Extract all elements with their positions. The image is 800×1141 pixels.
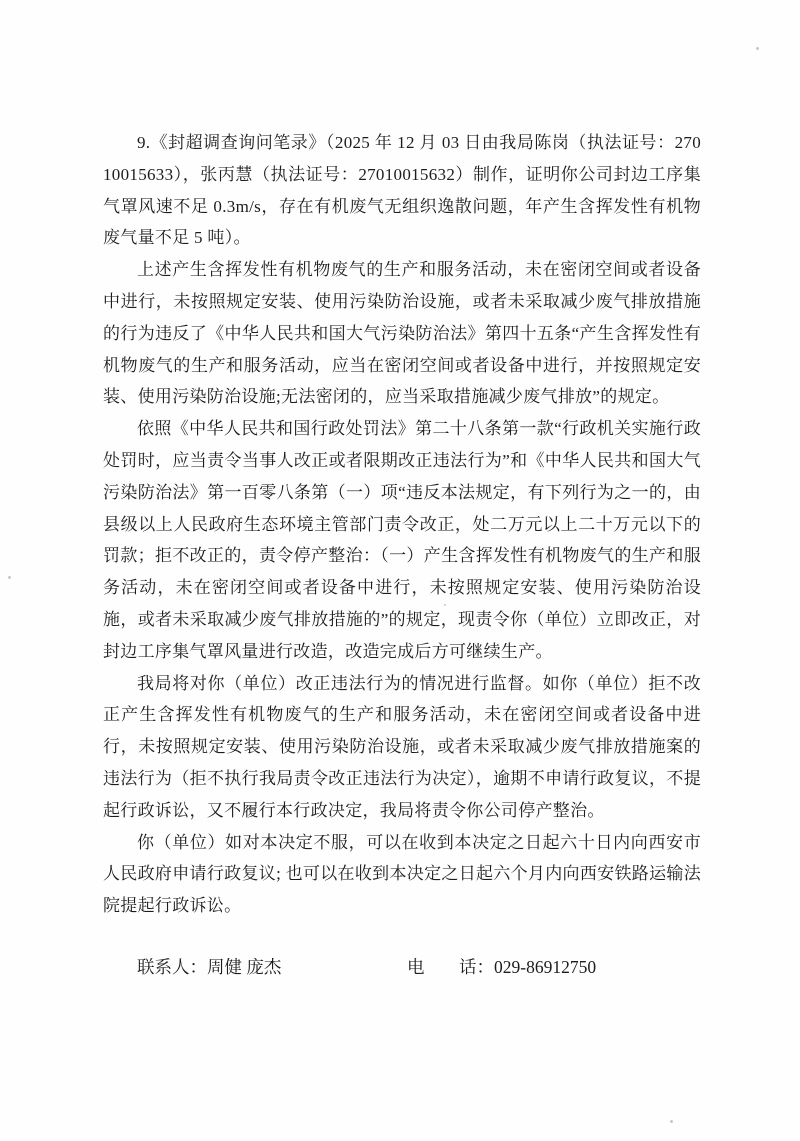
phone-label-left: 电 — [407, 951, 425, 983]
phone-number: 029-86912750 — [494, 957, 596, 977]
contact-persons-label: 联系人：周健 庞杰 — [137, 951, 281, 983]
scan-speck — [8, 576, 11, 579]
paragraph-supervision-warning: 我局将对你（单位）改正违法行为的情况进行监督。如你（单位）拒不改正产生含挥发性有… — [103, 668, 701, 827]
scan-speck — [670, 1120, 673, 1123]
paragraph-violation-facts: 上述产生含挥发性有机物废气的生产和服务活动，未在密闭空间或者设备中进行，未按照规… — [103, 254, 701, 413]
paragraph-appeal-rights: 你（单位）如对本决定不服，可以在收到本决定之日起六十日内向西安市人民政府申请行政… — [103, 827, 701, 922]
phone-label-colon: 话： — [459, 957, 494, 977]
phone-label-right: 话：029-86912750 — [459, 951, 596, 983]
paragraph-legal-basis-and-order: 依照《中华人民共和国行政处罚法》第二十八条第一款“行政机关实施行政处罚时，应当责… — [103, 413, 701, 667]
paragraph-evidence-item-9: 9.《封超调查询问笔录》（2025 年 12 月 03 日由我局陈岗（执法证号：… — [103, 127, 701, 254]
scanned-document-page: 9.《封超调查询问笔录》（2025 年 12 月 03 日由我局陈岗（执法证号：… — [0, 0, 800, 1141]
contact-line: 联系人：周健 庞杰 电 话：029-86912750 — [0, 951, 800, 983]
scan-speck — [756, 47, 759, 50]
scan-speck — [444, 604, 446, 606]
document-text-block: 9.《封超调查询问笔录》（2025 年 12 月 03 日由我局陈岗（执法证号：… — [103, 127, 701, 922]
